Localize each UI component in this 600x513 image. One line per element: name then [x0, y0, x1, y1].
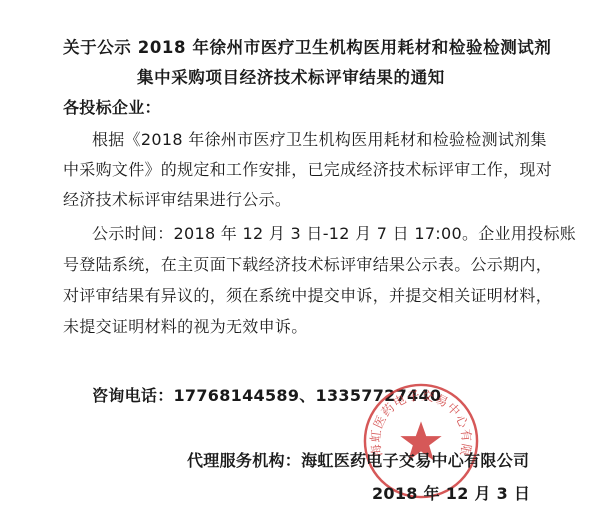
- paragraph-1-line-3: 经济技术标评审结果进行公示。: [63, 190, 291, 210]
- paragraph-1-line-2: 中采购文件》的规定和工作安排，已完成经济技术标评审工作，现对: [63, 160, 552, 180]
- paragraph-1-line-1: 根据《2018 年徐州市医疗卫生机构医用耗材和检验检测试剂集: [92, 130, 547, 150]
- paragraph-2-line-3: 对评审结果有异议的，须在系统中提交申诉，并提交相关证明材料，: [63, 286, 552, 306]
- document-date: 2018 年 12 月 3 日: [372, 484, 530, 504]
- title-line-1: 关于公示 2018 年徐州市医疗卫生机构医用耗材和检验检测试剂: [63, 38, 552, 58]
- agency-name: 代理服务机构：海虹医药电子交易中心有限公司: [187, 451, 529, 471]
- paragraph-2-line-2: 号登陆系统，在主页面下载经济技术标评审结果公示表。公示期内，: [63, 255, 552, 275]
- title-line-2: 集中采购项目经济技术标评审结果的通知: [137, 68, 445, 88]
- contact-phone: 咨询电话：17768144589、13357727440: [92, 386, 441, 406]
- paragraph-2-line-4: 未提交证明材料的视为无效申诉。: [63, 317, 308, 337]
- salutation: 各投标企业：: [63, 98, 161, 118]
- paragraph-2-line-1: 公示时间：2018 年 12 月 3 日-12 月 7 日 17:00。企业用投…: [92, 224, 576, 244]
